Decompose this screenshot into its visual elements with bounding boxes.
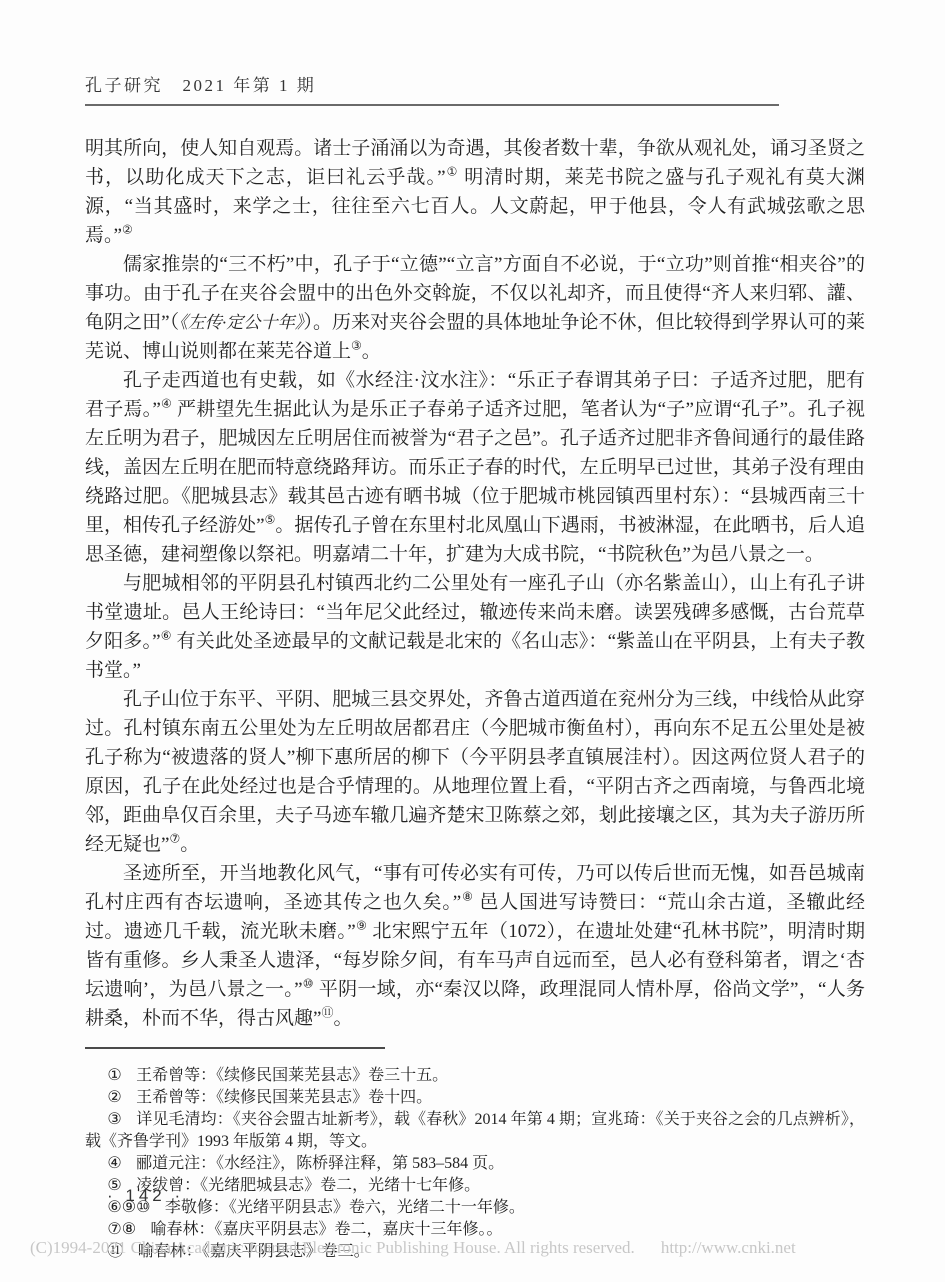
- footnote-item: ⑤凌绂曾：《光绪肥城县志》卷二，光绪十七年修。: [85, 1175, 865, 1197]
- footnote-text: 郦道元注：《水经注》，陈桥驿注释，第 583–584 页。: [136, 1155, 504, 1172]
- footnote-marker: ⑦⑧: [107, 1221, 136, 1238]
- footnote-ref: ②: [122, 223, 133, 237]
- page-content: 孔子研究 2021 年第 1 期 明其所向，使人知自观焉。诸士子涌涌以为奇遇，其…: [0, 0, 945, 1263]
- footnote-text: 喻春林：《嘉庆平阴县志》卷二，嘉庆十三年修。。: [150, 1221, 502, 1238]
- footnote-item: ⑥⑨⑩李敬修：《光绪平阴县志》卷六，光绪二十一年修。: [85, 1197, 865, 1219]
- body-text: 。: [333, 1008, 352, 1029]
- footnote-item: ③详见毛清均：《夹谷会盟古址新考》，载《春秋》2014 年第 4 期；宣兆琦：《…: [85, 1109, 865, 1153]
- page-number: · 142 ·: [107, 1186, 184, 1206]
- journal-title-line: 孔子研究 2021 年第 1 期: [85, 76, 865, 96]
- footnote-ref: ⑨: [356, 919, 368, 933]
- footnote-ref: ③: [351, 339, 362, 353]
- body-text: 。: [180, 834, 199, 855]
- body-text: 有关此处圣迹最早的文献记载是北宋的《名山志》：“紫盖山在平阴县，上有夫子教书堂。…: [85, 631, 865, 681]
- footnote-marker: ④: [107, 1155, 121, 1172]
- body-text: 。: [362, 341, 381, 362]
- header-rule: [85, 104, 779, 106]
- page-header: 孔子研究 2021 年第 1 期: [85, 76, 865, 106]
- footnote-item: ②王希曾等：《续修民国莱芜县志》卷十四。: [85, 1087, 865, 1109]
- footnote-ref: ⑪: [321, 1006, 333, 1020]
- footnote-ref: ④: [161, 397, 172, 411]
- footnote-ref: ①: [446, 165, 459, 179]
- footnote-marker: ②: [107, 1089, 121, 1106]
- copyright-text: (C)1994-2021 China Academic Journal Elec…: [30, 1238, 635, 1257]
- paragraph: 明其所向，使人知自观焉。诸士子涌涌以为奇遇，其俊者数十辈，争欲从观礼处，诵习圣贤…: [85, 134, 865, 250]
- footnote-text: 王希曾等：《续修民国莱芜县志》卷十四。: [136, 1089, 432, 1106]
- footnote-marker: ③: [107, 1111, 121, 1128]
- cnki-url: http://www.cnki.net: [661, 1238, 796, 1257]
- footnote-text: 详见毛清均：《夹谷会盟古址新考》，载《春秋》2014 年第 4 期；宣兆琦：《关…: [85, 1111, 865, 1150]
- footnote-ref: ⑧: [461, 890, 473, 904]
- paragraph: 孔子走西道也有史载，如《水经注·汶水注》：“乐正子春谓其弟子曰：子适齐过肥，肥有…: [85, 366, 865, 569]
- footnote-marker: ①: [107, 1067, 121, 1084]
- footnote-ref: ⑩: [303, 977, 314, 991]
- footnote-item: ④郦道元注：《水经注》，陈桥驿注释，第 583–584 页。: [85, 1153, 865, 1175]
- paragraph: 儒家推崇的“三不朽”中，孔子于“立德”“立言”方面自不必说，于“立功”则首推“相…: [85, 250, 865, 366]
- footnote-text: 李敬修：《光绪平阴县志》卷六，光绪二十一年修。: [165, 1199, 525, 1216]
- paragraph: 与肥城相邻的平阴县孔村镇西北约二公里处有一座孔子山（亦名紫盖山），山上有孔子讲书…: [85, 569, 865, 685]
- footnote-ref: ⑦: [169, 832, 180, 846]
- footnotes: ①王希曾等：《续修民国莱芜县志》卷三十五。②王希曾等：《续修民国莱芜县志》卷十四…: [85, 1065, 865, 1263]
- paragraph: 孔子山位于东平、平阴、肥城三县交界处，齐鲁古道西道在兖州分为三线，中线恰从此穿过…: [85, 685, 865, 859]
- footnote-text: 凌绂曾：《光绪肥城县志》卷二，光绪十七年修。: [136, 1177, 480, 1194]
- footnote-text: 王希曾等：《续修民国莱芜县志》卷三十五。: [136, 1067, 448, 1084]
- footnote-ref: ⑤: [265, 513, 276, 527]
- footnote-separator: [85, 1047, 385, 1049]
- footnote-ref: ⑥: [161, 629, 172, 643]
- paragraph: 圣迹所至，开当地教化风气，“事有可传必实有可传，乃可以传后世而无愧，如吾邑城南孔…: [85, 859, 865, 1033]
- book-title-kai: 《左传·定公十年》: [179, 313, 303, 332]
- footnote-item: ①王希曾等：《续修民国莱芜县志》卷三十五。: [85, 1065, 865, 1087]
- cnki-watermark: (C)1994-2021 China Academic Journal Elec…: [30, 1238, 796, 1258]
- journal-page: 孔子研究 2021 年第 1 期 明其所向，使人知自观焉。诸士子涌涌以为奇遇，其…: [0, 0, 945, 1282]
- body-text: 孔子山位于东平、平阴、肥城三县交界处，齐鲁古道西道在兖州分为三线，中线恰从此穿过…: [85, 689, 865, 855]
- body-paragraphs: 明其所向，使人知自观焉。诸士子涌涌以为奇遇，其俊者数十辈，争欲从观礼处，诵习圣贤…: [85, 134, 865, 1033]
